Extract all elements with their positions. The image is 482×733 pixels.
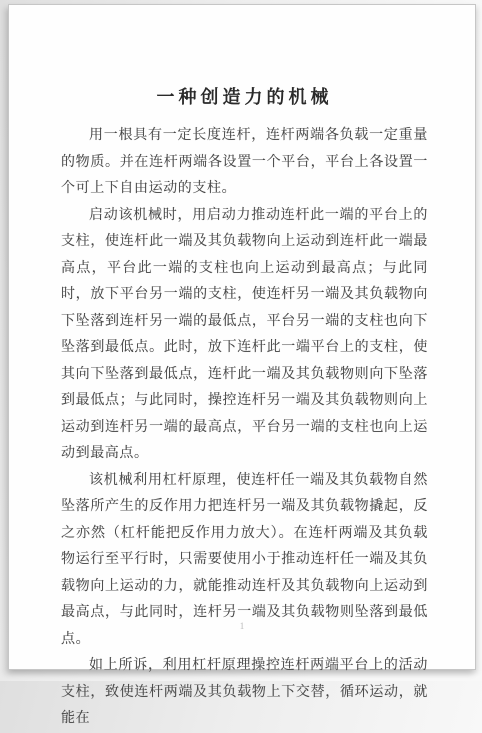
page-content: 一种创造力的机械 用一根具有一定长度连杆，连杆两端各负载一定重量的物质。并在连杆…	[61, 5, 428, 681]
paragraph: 如上所诉，利用杠杆原理操控连杆两端平台上的活动支柱，致使连杆两端及其负载物上下交…	[61, 653, 428, 681]
paragraph: 启动该机械时，用启动力推动连杆此一端的平台上的支柱，使连杆此一端及其负载物向上运…	[61, 203, 428, 468]
page-number: 1	[9, 621, 475, 631]
document-page: 一种创造力的机械 用一根具有一定长度连杆，连杆两端各负载一定重量的物质。并在连杆…	[8, 4, 476, 670]
paragraph: 用一根具有一定长度连杆，连杆两端各负载一定重量的物质。并在连杆两端各设置一个平台…	[61, 123, 428, 203]
document-title: 一种创造力的机械	[61, 83, 428, 109]
document-body: 用一根具有一定长度连杆，连杆两端各负载一定重量的物质。并在连杆两端各设置一个平台…	[61, 123, 428, 681]
